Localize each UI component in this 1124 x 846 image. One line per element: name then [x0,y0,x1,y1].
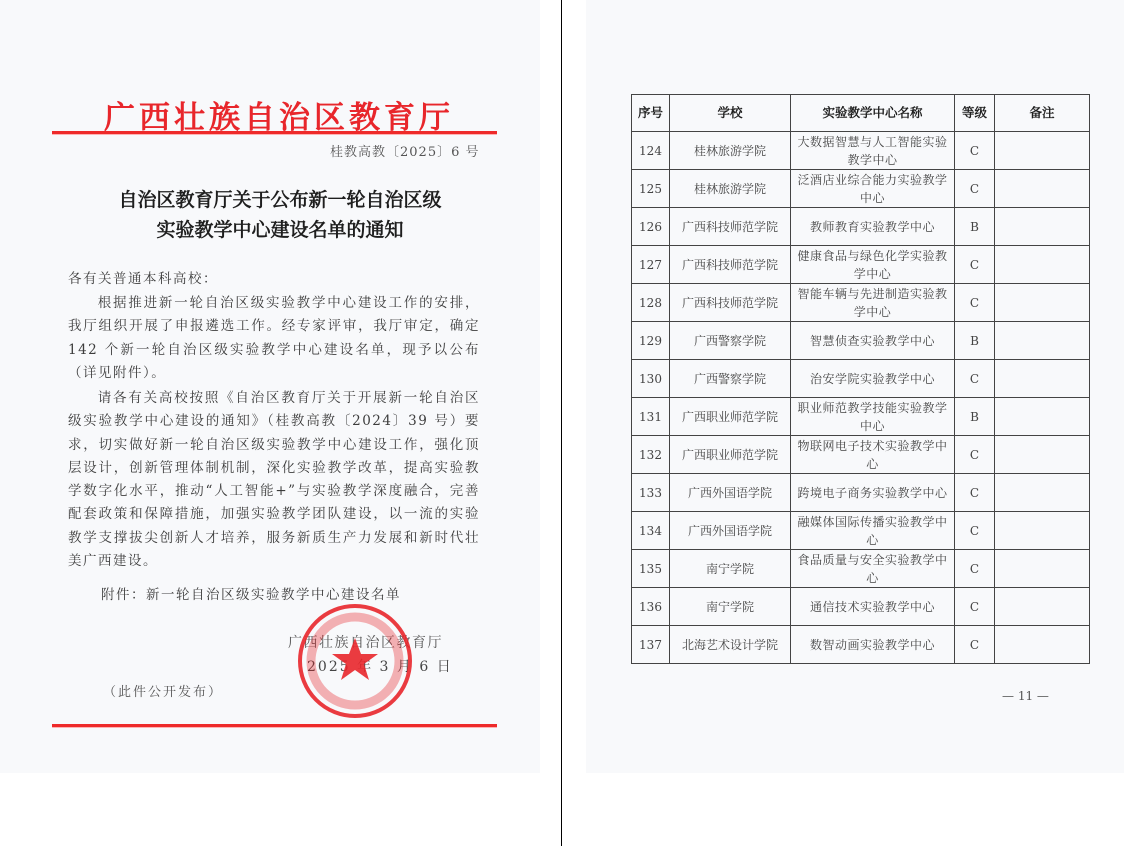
cell-school: 广西警察学院 [670,322,791,360]
cell-school: 广西外国语学院 [670,474,791,512]
cell-no: 128 [632,284,670,322]
table-row: 128广西科技师范学院智能车辆与先进制造实验教学中心C [632,284,1090,322]
cell-no: 137 [632,626,670,664]
cell-grade: C [955,284,995,322]
cell-note [995,284,1090,322]
cell-school: 桂林旅游学院 [670,132,791,170]
cell-school: 广西外国语学院 [670,512,791,550]
document-number: 桂教高教〔2025〕6 号 [330,141,480,160]
cell-note [995,246,1090,284]
cell-no: 124 [632,132,670,170]
cell-center-name: 数智动画实验教学中心 [791,626,955,664]
table-row: 124桂林旅游学院大数据智慧与人工智能实验教学中心C [632,132,1090,170]
table-row: 131广西职业师范学院职业师范教学技能实验教学中心B [632,398,1090,436]
cell-school: 南宁学院 [670,550,791,588]
table-row: 133广西外国语学院跨境电子商务实验教学中心C [632,474,1090,512]
header-grade: 等级 [955,95,995,132]
document-page-left: 广西壮族自治区教育厅 桂教高教〔2025〕6 号 自治区教育厅关于公布新一轮自治… [0,0,540,773]
cell-center-name: 泛酒店业综合能力实验教学中心 [791,170,955,208]
body-paragraph-2: 请各有关高校按照《自治区教育厅关于开展新一轮自治区级实验教学中心建设的通知》（桂… [68,387,480,573]
cell-no: 132 [632,436,670,474]
cell-no: 134 [632,512,670,550]
cell-grade: C [955,474,995,512]
cell-note [995,474,1090,512]
table-row: 132广西职业师范学院物联网电子技术实验教学中心C [632,436,1090,474]
header-center-name: 实验教学中心名称 [791,95,955,132]
cell-grade: C [955,512,995,550]
cell-no: 125 [632,170,670,208]
table-row: 135南宁学院食品质量与安全实验教学中心C [632,550,1090,588]
table-row: 137北海艺术设计学院数智动画实验教学中心C [632,626,1090,664]
official-seal-icon [296,602,414,720]
cell-center-name: 职业师范教学技能实验教学中心 [791,398,955,436]
publication-note: （此件公开发布） [103,681,223,700]
cell-grade: C [955,588,995,626]
cell-center-name: 大数据智慧与人工智能实验教学中心 [791,132,955,170]
cell-center-name: 物联网电子技术实验教学中心 [791,436,955,474]
cell-no: 130 [632,360,670,398]
header-red-rule [52,131,497,134]
cell-no: 129 [632,322,670,360]
attachment-note: 附件：新一轮自治区级实验教学中心建设名单 [101,583,401,603]
footer-red-rule [52,724,497,727]
cell-note [995,322,1090,360]
salutation: 各有关普通本科高校： [68,268,480,291]
cell-grade: C [955,246,995,284]
header-note: 备注 [995,95,1090,132]
cell-note [995,550,1090,588]
cell-school: 广西科技师范学院 [670,208,791,246]
cell-note [995,360,1090,398]
cell-note [995,132,1090,170]
cell-no: 131 [632,398,670,436]
cell-grade: B [955,398,995,436]
document-title-line-2: 实验教学中心建设名单的通知 [60,215,500,245]
cell-school: 广西科技师范学院 [670,246,791,284]
table-row: 136南宁学院通信技术实验教学中心C [632,588,1090,626]
cell-center-name: 健康食品与绿色化学实验教学中心 [791,246,955,284]
cell-no: 126 [632,208,670,246]
cell-center-name: 智慧侦查实验教学中心 [791,322,955,360]
cell-no: 133 [632,474,670,512]
cell-grade: C [955,550,995,588]
table-row: 134广西外国语学院融媒体国际传播实验教学中心C [632,512,1090,550]
header-no: 序号 [632,95,670,132]
page-divider [561,0,562,846]
table-row: 125桂林旅游学院泛酒店业综合能力实验教学中心C [632,170,1090,208]
cell-school: 南宁学院 [670,588,791,626]
cell-school: 北海艺术设计学院 [670,626,791,664]
cell-center-name: 跨境电子商务实验教学中心 [791,474,955,512]
cell-grade: B [955,322,995,360]
table-row: 127广西科技师范学院健康食品与绿色化学实验教学中心C [632,246,1090,284]
cell-note [995,398,1090,436]
cell-school: 广西警察学院 [670,360,791,398]
cell-note [995,512,1090,550]
cell-note [995,626,1090,664]
cell-grade: C [955,170,995,208]
cell-grade: C [955,132,995,170]
cell-note [995,170,1090,208]
cell-grade: B [955,208,995,246]
table-row: 129广西警察学院智慧侦查实验教学中心B [632,322,1090,360]
cell-center-name: 教师教育实验教学中心 [791,208,955,246]
table-row: 126广西科技师范学院教师教育实验教学中心B [632,208,1090,246]
cell-center-name: 食品质量与安全实验教学中心 [791,550,955,588]
cell-note [995,208,1090,246]
center-list-table-container: 序号 学校 实验教学中心名称 等级 备注 124桂林旅游学院大数据智慧与人工智能… [631,94,1090,664]
table-header-row: 序号 学校 实验教学中心名称 等级 备注 [632,95,1090,132]
cell-grade: C [955,360,995,398]
document-title-line-1: 自治区教育厅关于公布新一轮自治区级 [60,185,500,215]
cell-no: 127 [632,246,670,284]
cell-grade: C [955,436,995,474]
cell-note [995,588,1090,626]
cell-center-name: 通信技术实验教学中心 [791,588,955,626]
cell-no: 136 [632,588,670,626]
page-number: — 11 — [1002,689,1049,703]
body-paragraph-1: 根据推进新一轮自治区级实验教学中心建设工作的安排，我厅组织开展了申报遴选工作。经… [68,292,480,385]
cell-center-name: 治安学院实验教学中心 [791,360,955,398]
header-school: 学校 [670,95,791,132]
cell-no: 135 [632,550,670,588]
cell-school: 广西职业师范学院 [670,436,791,474]
cell-school: 广西职业师范学院 [670,398,791,436]
cell-center-name: 智能车辆与先进制造实验教学中心 [791,284,955,322]
cell-school: 广西科技师范学院 [670,284,791,322]
table-row: 130广西警察学院治安学院实验教学中心C [632,360,1090,398]
cell-note [995,436,1090,474]
cell-school: 桂林旅游学院 [670,170,791,208]
cell-grade: C [955,626,995,664]
cell-center-name: 融媒体国际传播实验教学中心 [791,512,955,550]
center-list-table: 序号 学校 实验教学中心名称 等级 备注 124桂林旅游学院大数据智慧与人工智能… [631,94,1090,664]
